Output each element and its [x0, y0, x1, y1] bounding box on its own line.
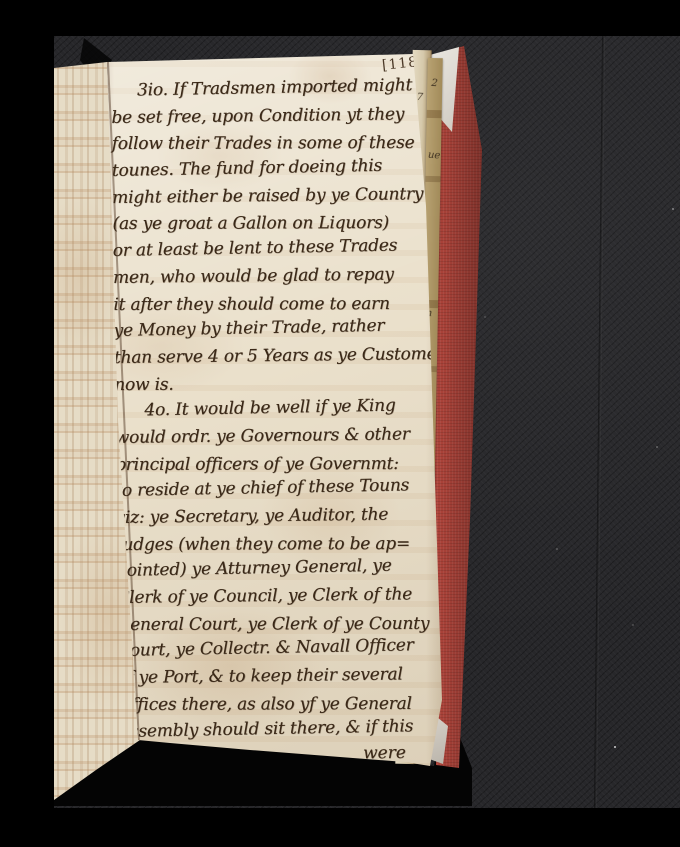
- dust-specks: [614, 746, 616, 748]
- backdrop-seam: [594, 36, 605, 808]
- edge-fragment: ue: [427, 150, 440, 162]
- edge-fragment: 2: [431, 78, 438, 90]
- manuscript-line: tounes. The fund for doeing this: [112, 155, 445, 188]
- manuscript-line: be set free, upon Condition yt they: [111, 104, 444, 135]
- manuscript-line: to reside at ye chief of these Touns: [115, 475, 448, 508]
- manuscript-line: pointed) ye Atturney General, ye: [116, 555, 449, 588]
- manuscript-line: or at least be lent to these Trades: [113, 235, 446, 268]
- manuscript-page: [118 3io. If Tradsmen imported might be …: [100, 46, 446, 772]
- manuscript-line: 4o. It would be well if ye King: [114, 395, 447, 428]
- manuscript-line: might either be raised by ye Country: [112, 184, 445, 215]
- manuscript-text: 3io. If Tradsmen imported might be set f…: [111, 78, 451, 767]
- manuscript-line: ye Money by their Trade, rather: [113, 315, 446, 348]
- manuscript-line: of ye Port, & to keep their several: [117, 664, 450, 695]
- manuscript-line: Court, ye Collectr. & Navall Officer: [117, 635, 450, 668]
- edge-fragment: 7: [416, 92, 423, 104]
- manuscript-line: viz: ye Secretary, ye Auditor, the: [115, 504, 448, 535]
- manuscript-line: than serve 4 or 5 Years as ye Custome: [114, 344, 447, 375]
- manuscript-line: Clerk of ye Council, ye Clerk of the: [116, 584, 449, 615]
- photo-scene: 7 49 z 2 c 2 ue h y 4 = [118 3io. If Tra…: [0, 0, 680, 847]
- manuscript-line: would ordr. ye Governours & other: [115, 424, 448, 455]
- manuscript-line: men, who would be glad to repay: [113, 264, 446, 295]
- manuscript-line: 3io. If Tradsmen imported might: [111, 75, 444, 108]
- left-black-band: [0, 0, 54, 847]
